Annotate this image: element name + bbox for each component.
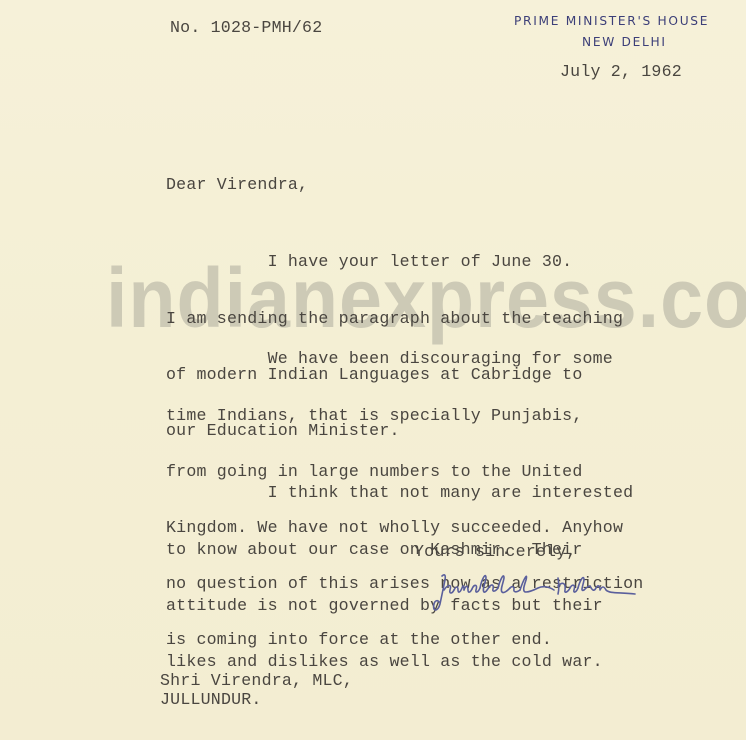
salutation: Dear Virendra, — [166, 176, 308, 195]
paragraph-line: I have your letter of June 30. — [166, 253, 623, 272]
reference-number: No. 1028-PMH/62 — [170, 19, 322, 38]
letter-page: indianexpress.com PRIME MINISTER'S HOUSE… — [0, 0, 746, 740]
addressee-name: Shri Virendra, MLC, — [160, 672, 353, 691]
letterhead-title: PRIME MINISTER'S HOUSE — [514, 14, 709, 28]
letterhead-city: NEW DELHI — [582, 35, 667, 49]
signature-icon — [430, 568, 650, 618]
paragraph-line: We have been discouraging for some — [166, 350, 643, 369]
letter-date: July 2, 1962 — [560, 63, 682, 82]
paragraph-line: likes and dislikes as well as the cold w… — [166, 653, 633, 672]
closing: Yours sincerely, — [414, 543, 577, 562]
signature — [430, 568, 650, 618]
paragraph-line: time Indians, that is specially Punjabis… — [166, 407, 643, 426]
addressee-city: JULLUNDUR. — [160, 691, 262, 710]
paragraph-line: I think that not many are interested — [166, 484, 633, 503]
